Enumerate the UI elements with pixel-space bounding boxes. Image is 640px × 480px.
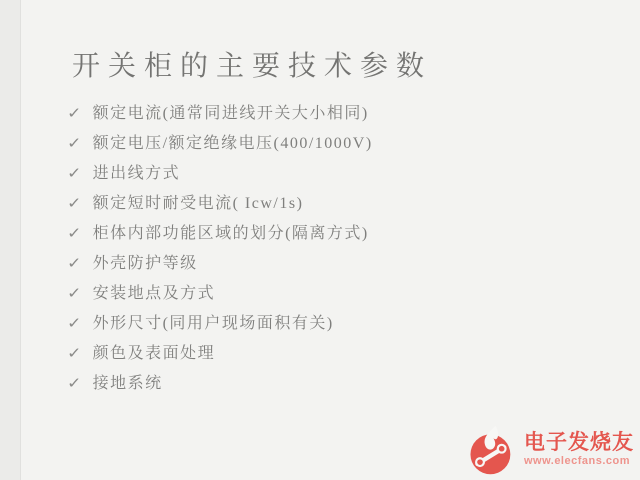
watermark-text: 电子发烧友 www.elecfans.com (524, 432, 634, 468)
bullet-text: 外壳防护等级 (93, 255, 198, 272)
elecfans-watermark: 电子发烧友 www.elecfans.com (467, 424, 634, 476)
check-icon: ✓ (67, 188, 83, 218)
list-item: ✓ 进出线方式 (68, 158, 373, 188)
bullet-text: 柜体内部功能区域的划分(隔离方式) (93, 225, 369, 242)
watermark-brand: 电子发烧友 (524, 432, 634, 454)
list-item: ✓ 柜体内部功能区域的划分(隔离方式) (68, 218, 373, 248)
list-item: ✓ 额定短时耐受电流( Icw/1s) (68, 188, 373, 218)
check-icon: ✓ (67, 158, 83, 188)
check-icon: ✓ (67, 338, 83, 368)
check-icon: ✓ (67, 248, 83, 278)
list-item: ✓ 接地系统 (68, 368, 373, 398)
bullet-text: 安装地点及方式 (93, 285, 216, 302)
check-icon: ✓ (67, 368, 83, 398)
slide-title: 开关柜的主要技术参数 (72, 44, 432, 84)
bullet-text: 进出线方式 (93, 165, 181, 182)
bullet-text: 接地系统 (93, 375, 163, 392)
check-icon: ✓ (67, 218, 83, 248)
elecfans-logo-icon (467, 424, 519, 476)
check-icon: ✓ (67, 98, 83, 128)
bullet-text: 额定电流(通常同进线开关大小相同) (93, 105, 369, 122)
bullet-list: ✓ 额定电流(通常同进线开关大小相同) ✓ 额定电压/额定绝缘电压(400/10… (68, 98, 373, 398)
check-icon: ✓ (67, 278, 83, 308)
bullet-text: 颜色及表面处理 (93, 345, 216, 362)
bullet-text: 额定短时耐受电流( Icw/1s) (93, 195, 304, 212)
bullet-text: 额定电压/额定绝缘电压(400/1000V) (93, 135, 373, 152)
list-item: ✓ 颜色及表面处理 (68, 338, 373, 368)
check-icon: ✓ (67, 128, 83, 158)
slide-left-edge (0, 0, 21, 480)
list-item: ✓ 额定电压/额定绝缘电压(400/1000V) (68, 128, 373, 158)
list-item: ✓ 安装地点及方式 (68, 278, 373, 308)
watermark-url: www.elecfans.com (524, 456, 634, 468)
list-item: ✓ 额定电流(通常同进线开关大小相同) (68, 98, 373, 128)
bullet-text: 外形尺寸(同用户现场面积有关) (93, 315, 334, 332)
list-item: ✓ 外形尺寸(同用户现场面积有关) (68, 308, 373, 338)
slide: 开关柜的主要技术参数 ✓ 额定电流(通常同进线开关大小相同) ✓ 额定电压/额定… (0, 0, 640, 480)
check-icon: ✓ (67, 308, 83, 338)
list-item: ✓ 外壳防护等级 (68, 248, 373, 278)
